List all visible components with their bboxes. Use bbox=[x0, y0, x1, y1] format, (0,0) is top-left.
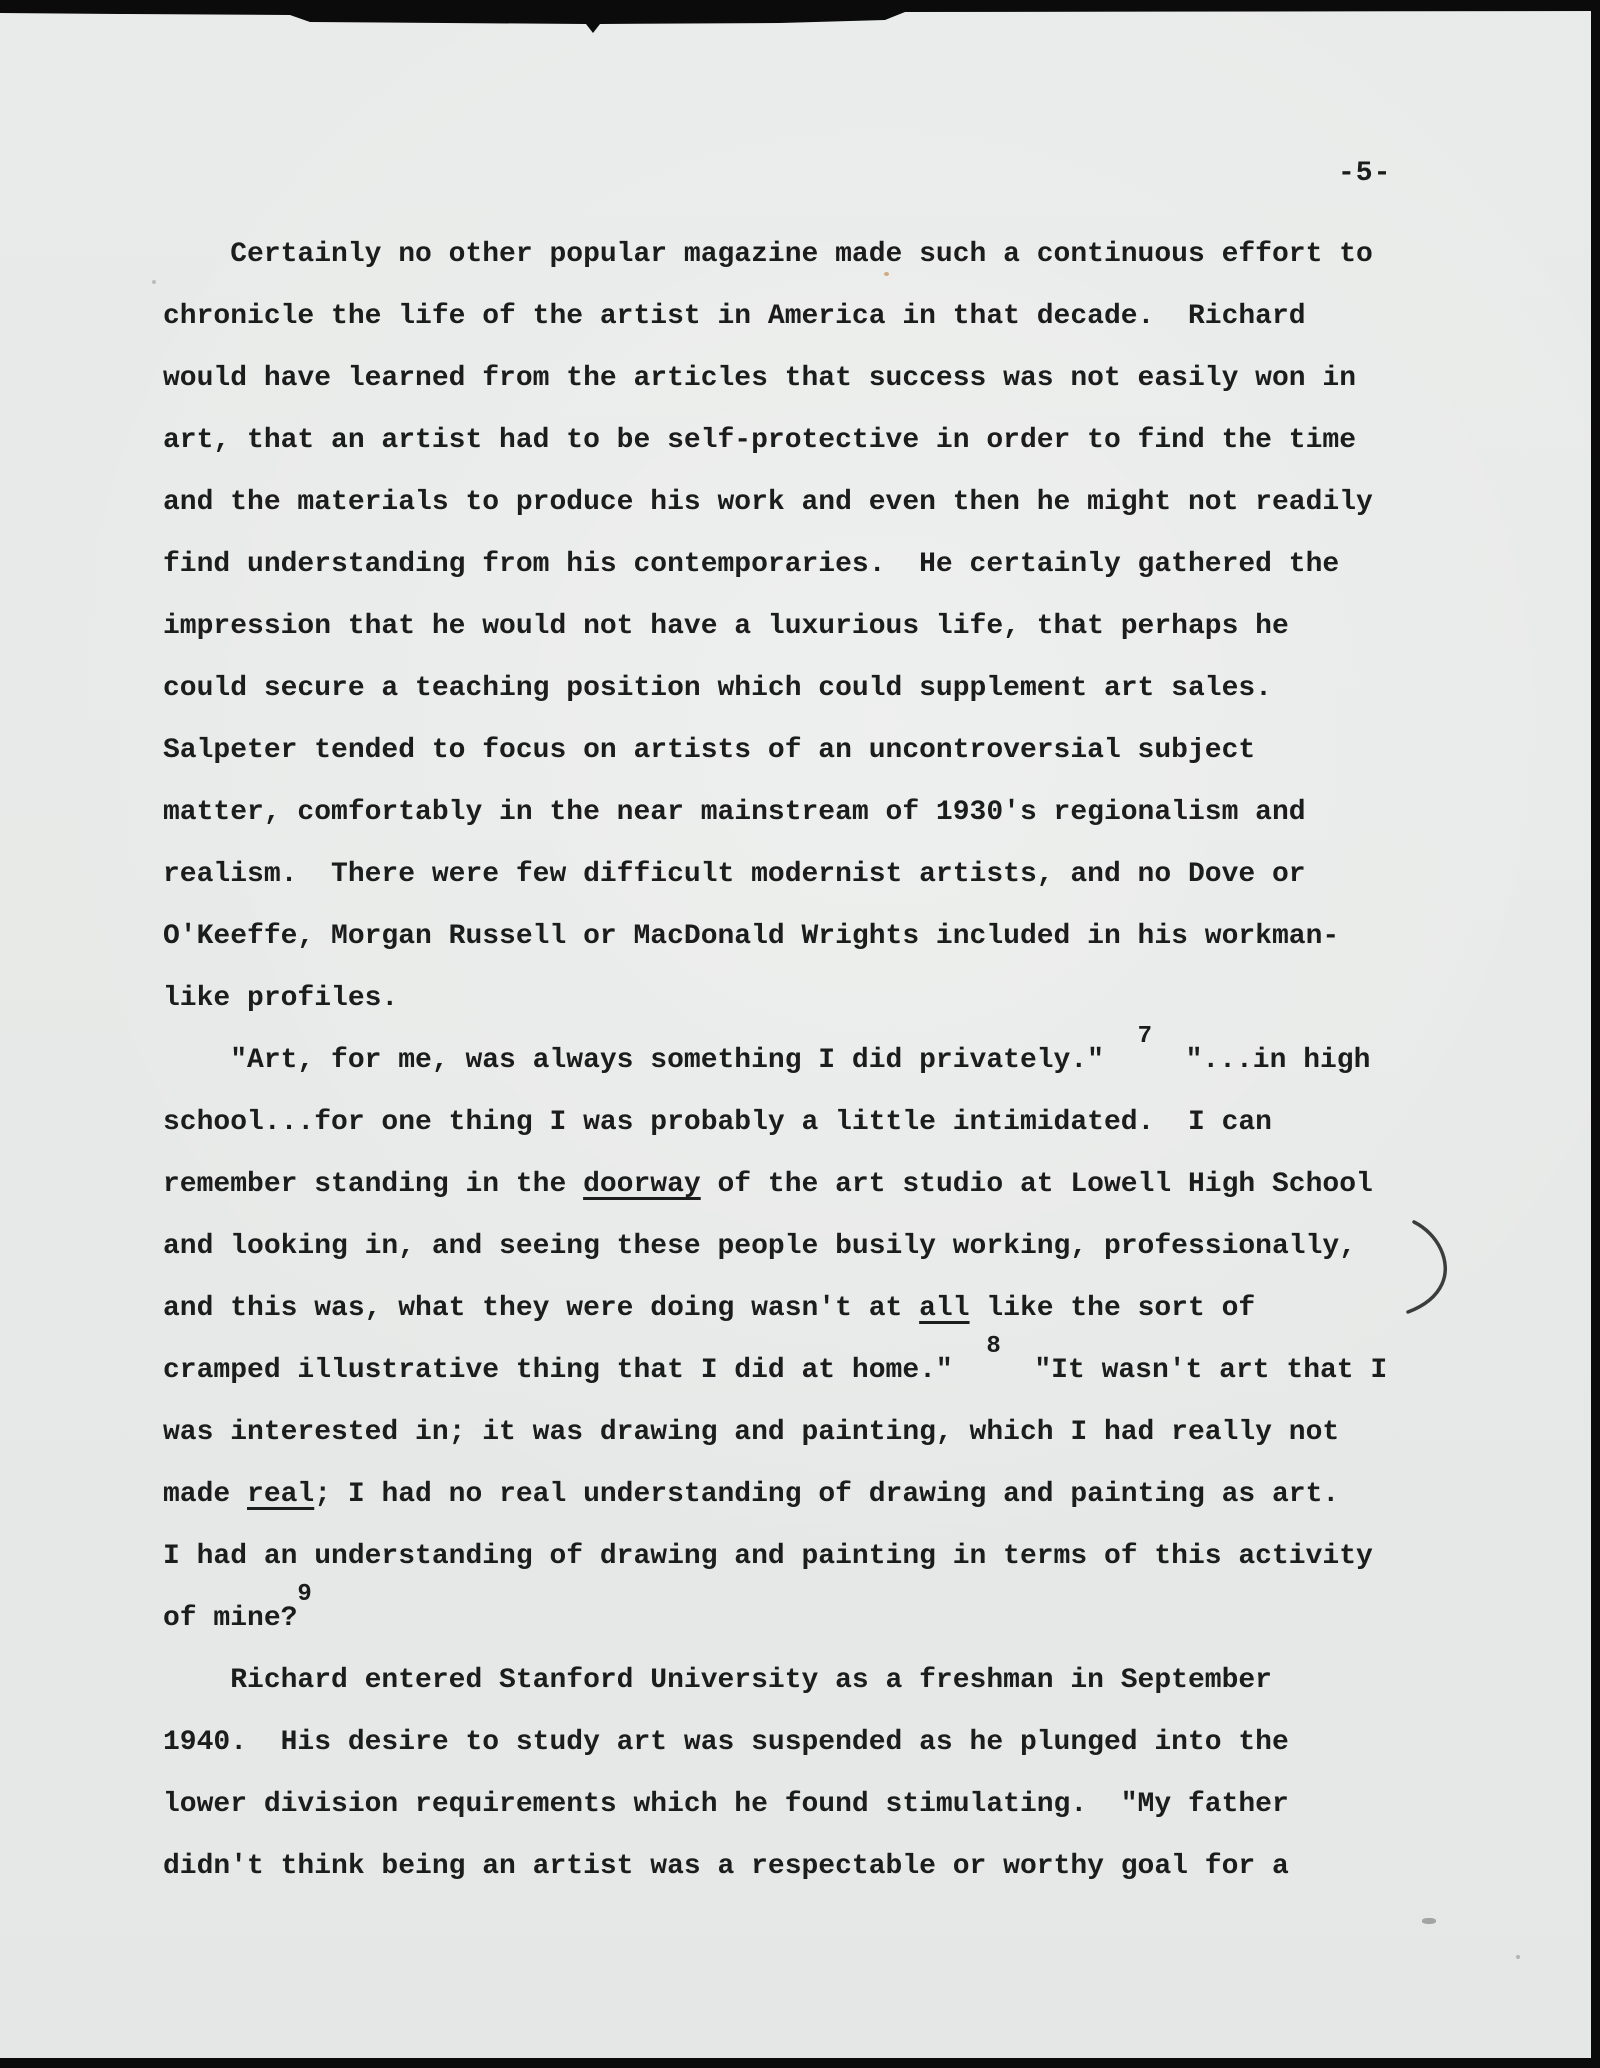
typescript-page: -5- Certainly no other popular magazine … bbox=[0, 0, 1600, 2068]
text-segment: of the art studio at Lowell High School bbox=[701, 1169, 1373, 1200]
text-line: O'Keeffe, Morgan Russell or MacDonald Wr… bbox=[163, 906, 1453, 968]
text-segment: O'Keeffe, Morgan Russell or MacDonald Wr… bbox=[163, 921, 1339, 952]
scan-speck bbox=[152, 280, 156, 284]
text-segment: find understanding from his contemporari… bbox=[163, 549, 1339, 580]
text-segment: and the materials to produce his work an… bbox=[163, 487, 1373, 518]
text-line: Salpeter tended to focus on artists of a… bbox=[163, 720, 1453, 782]
scan-speck bbox=[1422, 1918, 1436, 1924]
text-segment: chronicle the life of the artist in Amer… bbox=[163, 301, 1306, 332]
text-line: would have learned from the articles tha… bbox=[163, 348, 1453, 410]
page-number: -5- bbox=[1338, 158, 1391, 189]
text-segment: and looking in, and seeing these people … bbox=[163, 1231, 1356, 1262]
text-segment: would have learned from the articles tha… bbox=[163, 363, 1356, 394]
text-segment: cramped illustrative thing that I did at… bbox=[163, 1355, 986, 1386]
body-text: Certainly no other popular magazine made… bbox=[163, 224, 1453, 1898]
text-line: and looking in, and seeing these people … bbox=[163, 1216, 1453, 1278]
text-line: "Art, for me, was always something I did… bbox=[163, 1030, 1453, 1092]
text-segment: "...in high bbox=[1152, 1045, 1370, 1076]
text-line: lower division requirements which he fou… bbox=[163, 1774, 1453, 1836]
text-segment: remember standing in the bbox=[163, 1169, 583, 1200]
handwritten-paren-mark bbox=[1400, 1218, 1460, 1318]
footnote-superscript: 8 bbox=[986, 1333, 1000, 1360]
text-line: school...for one thing I was probably a … bbox=[163, 1092, 1453, 1154]
text-segment: Certainly no other popular magazine made… bbox=[163, 239, 1373, 270]
text-line: chronicle the life of the artist in Amer… bbox=[163, 286, 1453, 348]
footnote-superscript: 9 bbox=[297, 1581, 311, 1608]
underlined-word: doorway bbox=[583, 1169, 701, 1200]
scan-speck bbox=[1516, 1955, 1520, 1959]
text-line: cramped illustrative thing that I did at… bbox=[163, 1340, 1453, 1402]
scan-edge-right bbox=[1591, 0, 1600, 2068]
text-segment: I had an understanding of drawing and pa… bbox=[163, 1541, 1373, 1572]
underlined-word: real bbox=[247, 1479, 314, 1510]
scan-speck bbox=[884, 272, 889, 276]
text-line: like profiles. bbox=[163, 968, 1453, 1030]
footnote-superscript: 7 bbox=[1138, 1023, 1152, 1050]
text-line: Richard entered Stanford University as a… bbox=[163, 1650, 1453, 1712]
underlined-word: all bbox=[919, 1293, 969, 1324]
text-segment: lower division requirements which he fou… bbox=[163, 1789, 1289, 1820]
text-segment: ; I had no real understanding of drawing… bbox=[314, 1479, 1339, 1510]
text-segment: was interested in; it was drawing and pa… bbox=[163, 1417, 1339, 1448]
text-line: realism. There were few difficult modern… bbox=[163, 844, 1453, 906]
text-segment: art, that an artist had to be self-prote… bbox=[163, 425, 1356, 456]
text-segment: Richard entered Stanford University as a… bbox=[163, 1665, 1272, 1696]
text-segment: realism. There were few difficult modern… bbox=[163, 859, 1306, 890]
text-segment: matter, comfortably in the near mainstre… bbox=[163, 797, 1306, 828]
text-segment: didn't think being an artist was a respe… bbox=[163, 1851, 1289, 1882]
text-segment: like the sort of bbox=[970, 1293, 1256, 1324]
text-line: impression that he would not have a luxu… bbox=[163, 596, 1453, 658]
text-segment: could secure a teaching position which c… bbox=[163, 673, 1272, 704]
text-line: didn't think being an artist was a respe… bbox=[163, 1836, 1453, 1898]
text-segment: "Art, for me, was always something I did… bbox=[163, 1045, 1138, 1076]
text-line: matter, comfortably in the near mainstre… bbox=[163, 782, 1453, 844]
text-line: find understanding from his contemporari… bbox=[163, 534, 1453, 596]
text-segment: 1940. His desire to study art was suspen… bbox=[163, 1727, 1289, 1758]
text-segment: school...for one thing I was probably a … bbox=[163, 1107, 1272, 1138]
text-line: was interested in; it was drawing and pa… bbox=[163, 1402, 1453, 1464]
scan-edge-bottom bbox=[0, 2058, 1600, 2068]
text-segment: Salpeter tended to focus on artists of a… bbox=[163, 735, 1255, 766]
text-line: and this was, what they were doing wasn'… bbox=[163, 1278, 1453, 1340]
text-segment: like profiles. bbox=[163, 983, 398, 1014]
text-segment: of mine? bbox=[163, 1603, 297, 1634]
text-segment: made bbox=[163, 1479, 247, 1510]
text-line: art, that an artist had to be self-prote… bbox=[163, 410, 1453, 472]
text-segment: impression that he would not have a luxu… bbox=[163, 611, 1289, 642]
text-line: Certainly no other popular magazine made… bbox=[163, 224, 1453, 286]
text-segment: and this was, what they were doing wasn'… bbox=[163, 1293, 919, 1324]
text-segment: "It wasn't art that I bbox=[1001, 1355, 1387, 1386]
text-line: could secure a teaching position which c… bbox=[163, 658, 1453, 720]
text-line: of mine?9 bbox=[163, 1588, 1453, 1650]
text-line: made real; I had no real understanding o… bbox=[163, 1464, 1453, 1526]
text-line: 1940. His desire to study art was suspen… bbox=[163, 1712, 1453, 1774]
text-line: I had an understanding of drawing and pa… bbox=[163, 1526, 1453, 1588]
scan-edge-top bbox=[0, 0, 1600, 40]
text-line: and the materials to produce his work an… bbox=[163, 472, 1453, 534]
text-line: remember standing in the doorway of the … bbox=[163, 1154, 1453, 1216]
